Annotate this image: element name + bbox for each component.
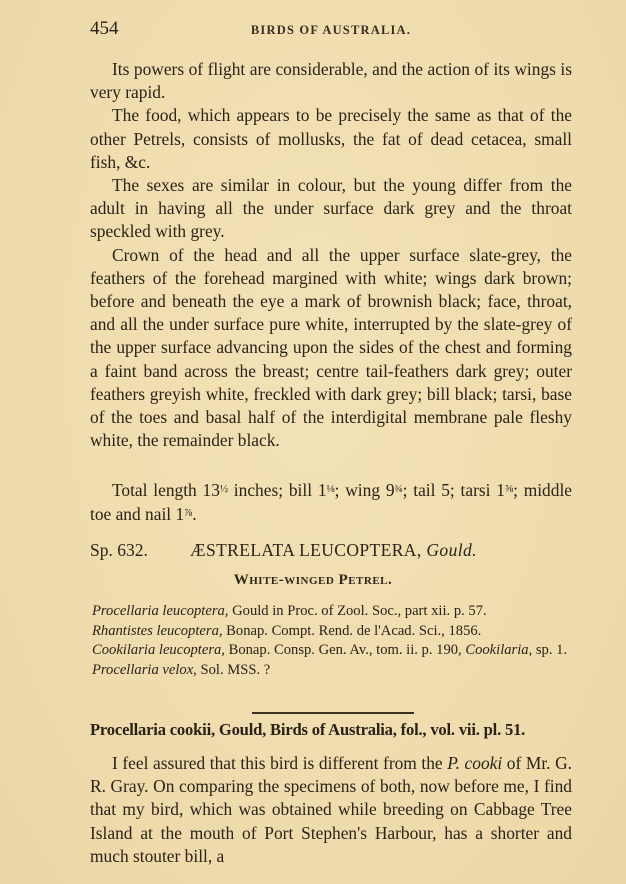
measurements: Total length 13½ inches; bill 1⅛; wing 9… — [90, 478, 572, 526]
species-ref-italic: P. cooki — [447, 753, 502, 773]
paragraph-flight: Its powers of flight are considerable, a… — [90, 58, 572, 104]
fraction: ⅛ — [327, 483, 335, 495]
synonym-name: Rhantistes leucoptera, — [92, 623, 223, 639]
synonym-item: Procellaria leucoptera, Gould in Proc. o… — [92, 602, 572, 622]
synonym-citation: Gould in Proc. of Zool. Soc., part xii. … — [228, 603, 486, 619]
bill-label: inches; bill 1 — [228, 480, 327, 500]
synonym-item: Rhantistes leucoptera, Bonap. Compt. Ren… — [92, 622, 572, 642]
paragraph-sexes: The sexes are similar in colour, but the… — [90, 174, 572, 244]
paragraph-plumage: Crown of the head and all the upper surf… — [90, 244, 572, 453]
synonym-extra: sp. 1. — [532, 642, 567, 658]
tail-tarsi-label: ; tail 5; tarsi 1 — [403, 480, 505, 500]
book-page: 454 BIRDS OF AUSTRALIA. Its powers of fl… — [0, 0, 626, 884]
plate-reference: Procellaria cookii, Gould, Birds of Aust… — [90, 720, 572, 740]
fraction: ⅝ — [505, 483, 513, 495]
synonym-item: Procellaria velox, Sol. MSS. ? — [92, 661, 572, 681]
paragraph-comparison: I feel assured that this bird is differe… — [90, 752, 572, 868]
running-title: BIRDS OF AUSTRALIA. — [90, 23, 572, 38]
synonym-citation: Bonap. Compt. Rend. de l'Acad. Sci., 185… — [223, 623, 482, 639]
description-text: Its powers of flight are considerable, a… — [90, 58, 572, 452]
text-run: I feel assured that this bird is differe… — [112, 753, 447, 773]
period: . — [192, 504, 196, 524]
synonym-name: Procellaria leucoptera, — [92, 603, 228, 619]
species-number: Sp. 632. — [90, 540, 148, 561]
common-name: White-winged Petrel. — [0, 572, 626, 589]
synonym-citation: Bonap. Consp. Gen. Av., tom. ii. p. 190, — [225, 642, 465, 658]
total-length-label: Total length 13 — [112, 480, 220, 500]
paragraph-food: The food, which appears to be precisely … — [90, 104, 572, 174]
synonym-name: Cookilaria leucoptera, — [92, 642, 225, 658]
species-latin-name: ÆSTRELATA LEUCOPTERA, — [190, 540, 422, 560]
page-header: 454 BIRDS OF AUSTRALIA. — [90, 18, 572, 42]
section-divider — [252, 712, 414, 714]
synonym-citation: Sol. MSS. ? — [197, 662, 270, 678]
synonym-item: Cookilaria leucoptera, Bonap. Consp. Gen… — [92, 641, 572, 661]
species-name: ÆSTRELATA LEUCOPTERA, Gould. — [190, 540, 477, 561]
synonym-list: Procellaria leucoptera, Gould in Proc. o… — [92, 602, 572, 680]
measurements-paragraph: Total length 13½ inches; bill 1⅛; wing 9… — [90, 478, 572, 526]
fraction: ½ — [220, 483, 228, 495]
synonym-name: Procellaria velox, — [92, 662, 197, 678]
wing-label: ; wing 9 — [335, 480, 395, 500]
fraction: ¾ — [395, 483, 403, 495]
synonym-genus: Cookilaria, — [465, 642, 532, 658]
species-authority: Gould. — [426, 540, 477, 560]
body-text-bottom: I feel assured that this bird is differe… — [90, 752, 572, 868]
